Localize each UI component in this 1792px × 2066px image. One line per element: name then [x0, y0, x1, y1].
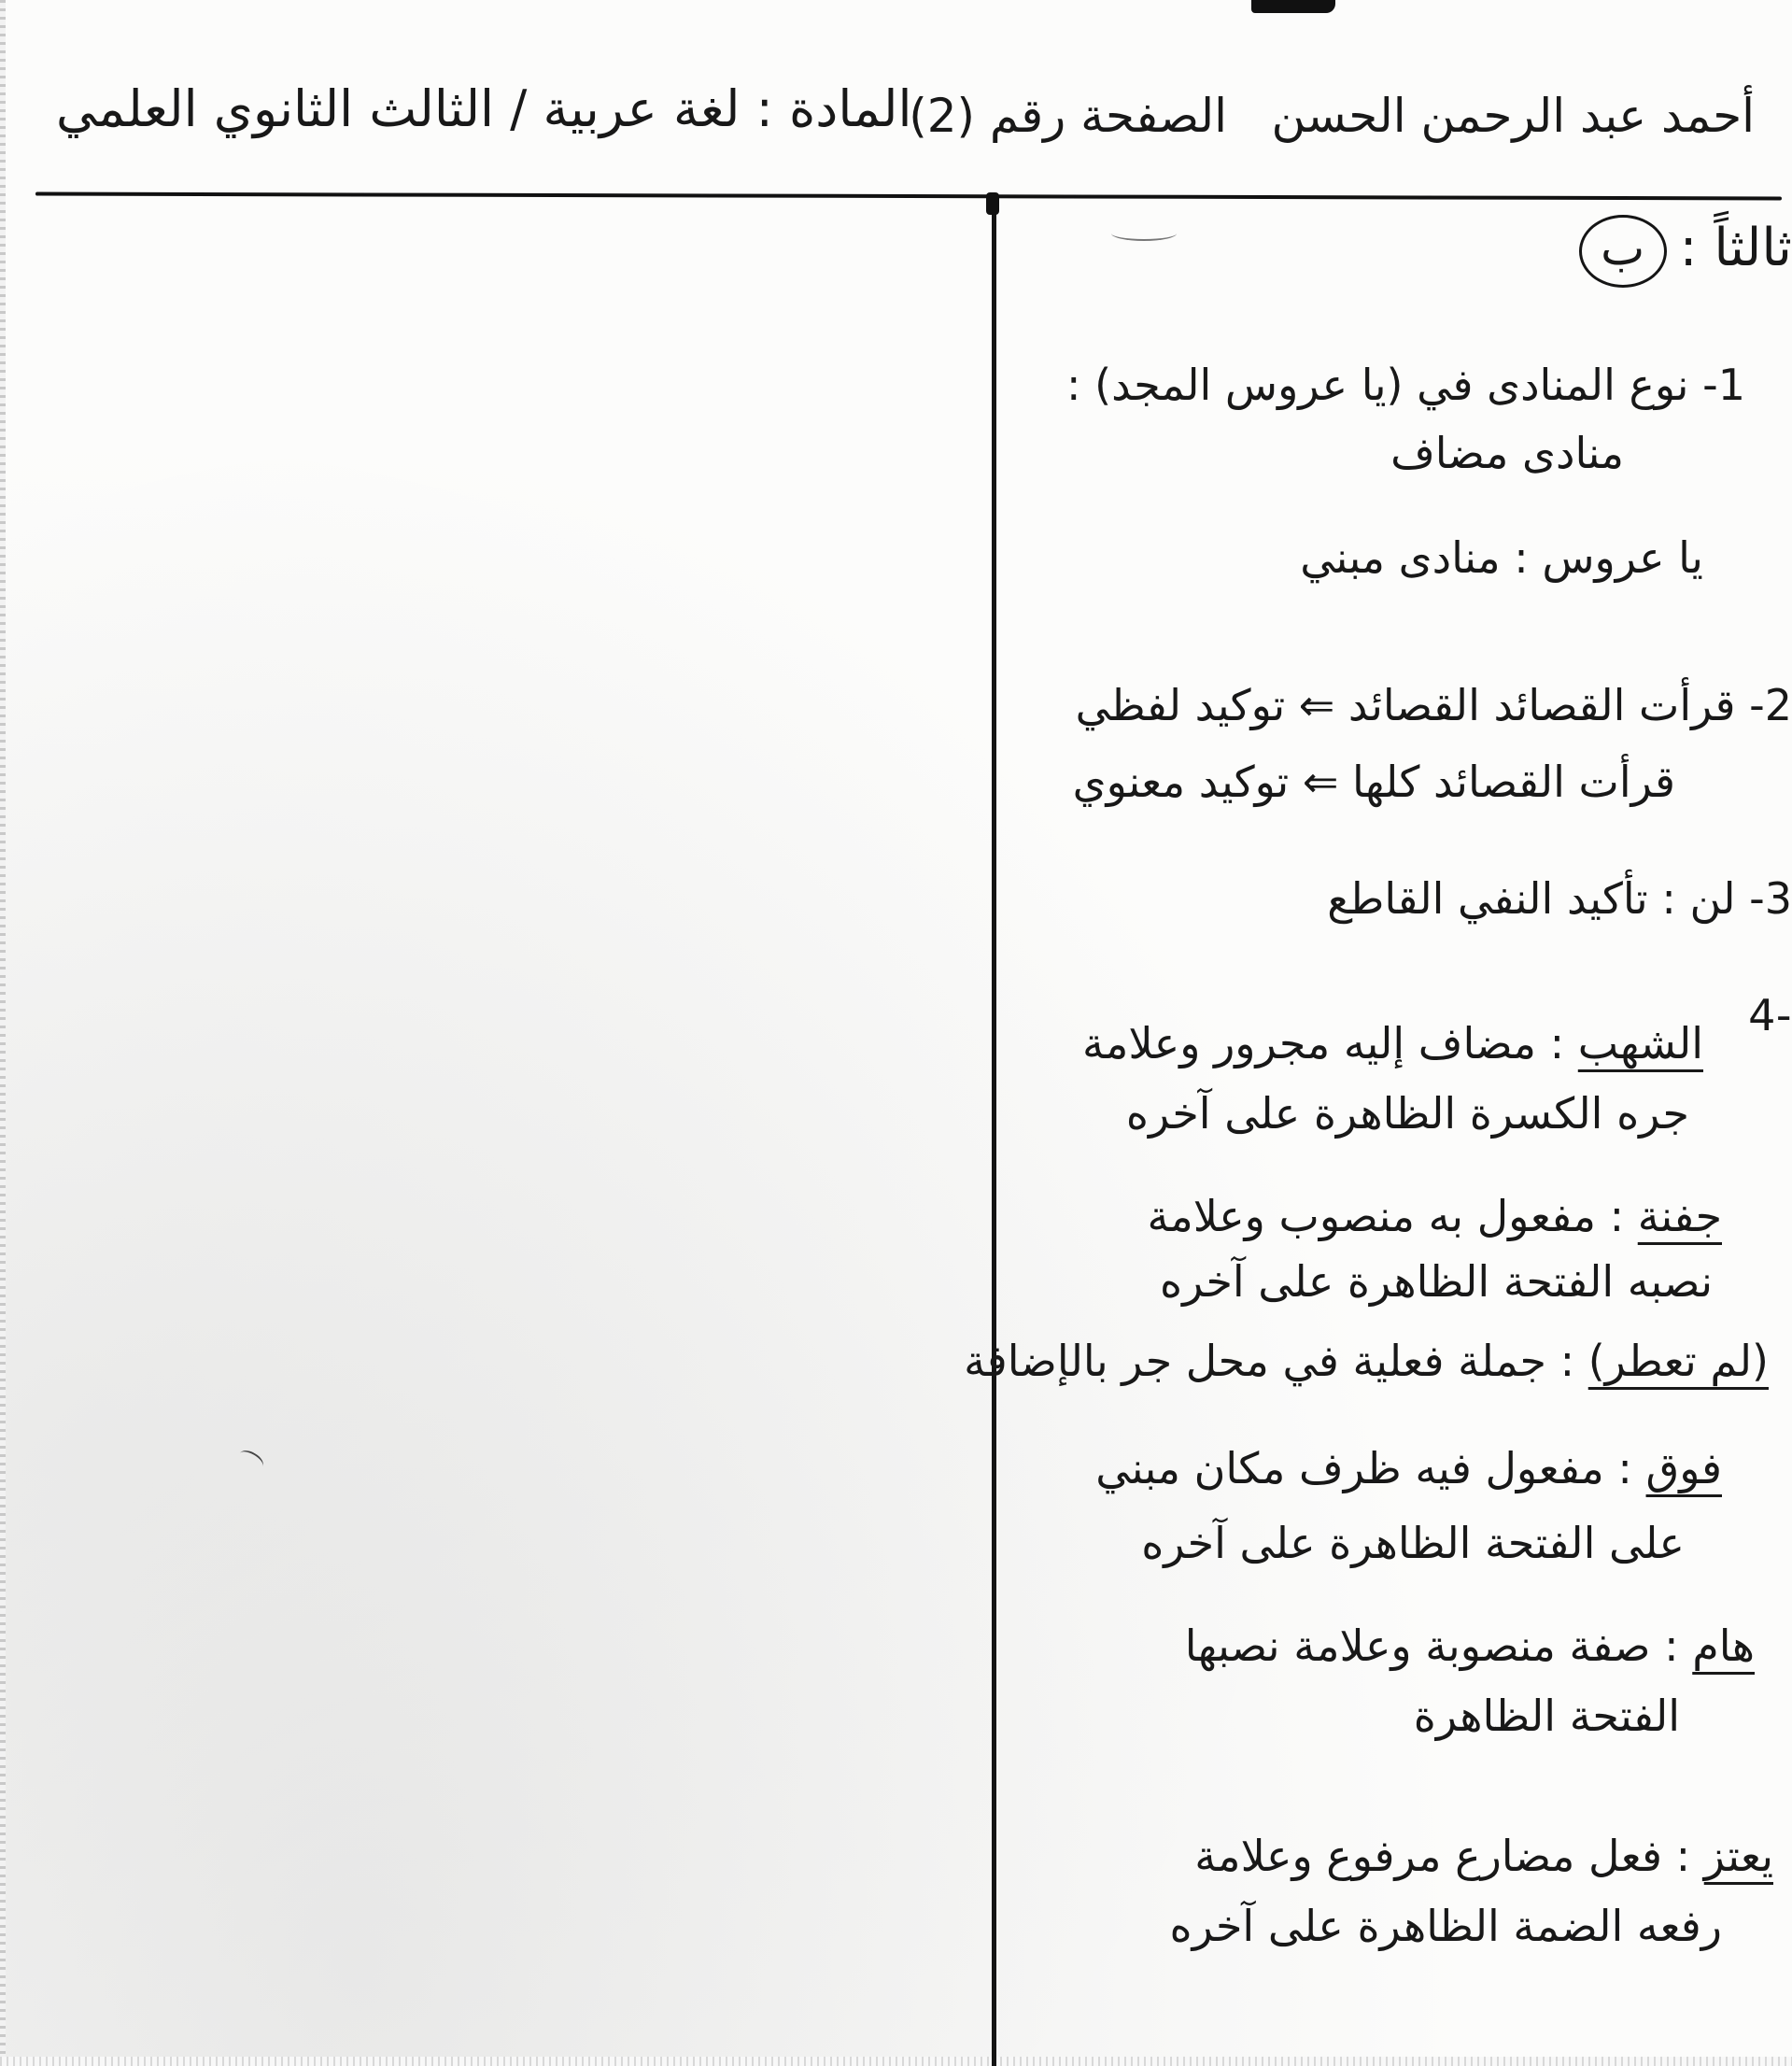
blank-left-column	[37, 201, 981, 2050]
q3-line: 3- لن : تأكيد النفي القاطع	[1327, 873, 1792, 924]
q1-question-text: نوع المنادى في (يا عروس المجد) :	[1066, 360, 1688, 410]
binder-clip-mark	[1251, 0, 1335, 13]
q4-parse-line-1: : جملة فعلية في محل جر بالإضافة	[964, 1336, 1574, 1386]
q1-answer-line-2: يا عروس : منادى مبني	[1300, 532, 1703, 583]
q4-item-shuhub: الشهب : مضاف إليه مجرور وعلامة	[1082, 1018, 1703, 1068]
q4-parse-line-1: : مفعول فيه ظرف مكان مبني	[1095, 1443, 1632, 1493]
column-divider-line	[992, 196, 996, 2066]
page-number-label: الصفحة رقم (2)	[909, 89, 1227, 143]
q4-item-lam-tuattar: (لم تعطر) : جملة فعلية في محل جر بالإضاف…	[964, 1336, 1769, 1386]
q4-word: جفنة	[1638, 1191, 1722, 1241]
q4-parse-line-2: رفعه الضمة الظاهرة على آخره	[1170, 1901, 1723, 1951]
section-heading: ثالثاً :ب	[1579, 215, 1792, 288]
q4-parse-line-2: نصبه الفتحة الظاهرة على آخره	[1160, 1256, 1713, 1307]
q4-item-yaataz: يعتز : فعل مضارع مرفوع وعلامة	[1194, 1831, 1773, 1881]
q4-word: يعتز	[1704, 1831, 1773, 1881]
q4-item-jafna: جفنة : مفعول به منصوب وعلامة	[1147, 1191, 1722, 1241]
q4-word: الشهب	[1578, 1018, 1703, 1068]
q2-text-1: قرأت القصائد القصائد ⇐ توكيد لفظي	[1076, 680, 1736, 730]
q4-parse-line-1: : مضاف إليه مجرور وعلامة	[1082, 1018, 1564, 1068]
q4-parse-line-2: على الفتحة الظاهرة على آخره	[1141, 1518, 1685, 1568]
q4-word: فوق	[1646, 1443, 1722, 1493]
q4-number: 4-	[1748, 990, 1792, 1040]
q4-word: هام	[1692, 1620, 1755, 1671]
q2-line-1: 2- قرأت القصائد القصائد ⇐ توكيد لفظي	[1076, 680, 1792, 730]
q2-line-2: قرأت القصائد كلها ⇐ توكيد معنوي	[1073, 757, 1675, 807]
q1-question: 1- نوع المنادى في (يا عروس المجد) :	[1066, 360, 1745, 410]
q1-answer-line-1: منادى مضاف	[1390, 428, 1624, 478]
q1-number: 1-	[1702, 360, 1745, 410]
q2-number: 2-	[1749, 680, 1792, 730]
q4-parse-line-1: : فعل مضارع مرفوع وعلامة	[1194, 1831, 1690, 1881]
section-title: ثالثاً :	[1680, 218, 1792, 278]
q4-parse-line-2: جره الكسرة الظاهرة على آخره	[1126, 1088, 1689, 1139]
stray-pen-mark	[1111, 226, 1177, 241]
q4-item-fawq: فوق : مفعول فيه ظرف مكان مبني	[1095, 1443, 1722, 1493]
q3-number: 3-	[1749, 873, 1792, 924]
circled-choice-badge: ب	[1579, 215, 1667, 288]
q4-item-ham: هام : صفة منصوبة وعلامة نصبها	[1185, 1620, 1755, 1671]
subject-and-grade: المادة : لغة عربية / الثالث الثانوي العل…	[56, 79, 911, 138]
q4-parse-line-1: : مفعول به منصوب وعلامة	[1147, 1191, 1624, 1241]
q4-word: (لم تعطر)	[1588, 1336, 1769, 1386]
q3-text: لن : تأكيد النفي القاطع	[1327, 873, 1735, 924]
scan-left-edge	[0, 0, 6, 2066]
student-name: أحمد عبد الرحمن الحسن	[1272, 89, 1755, 143]
q4-parse-line-2: الفتحة الظاهرة	[1414, 1691, 1680, 1741]
scan-bottom-edge	[0, 2057, 1792, 2066]
divider-ink-blot	[986, 192, 999, 215]
q4-parse-line-1: : صفة منصوبة وعلامة نصبها	[1185, 1620, 1679, 1671]
